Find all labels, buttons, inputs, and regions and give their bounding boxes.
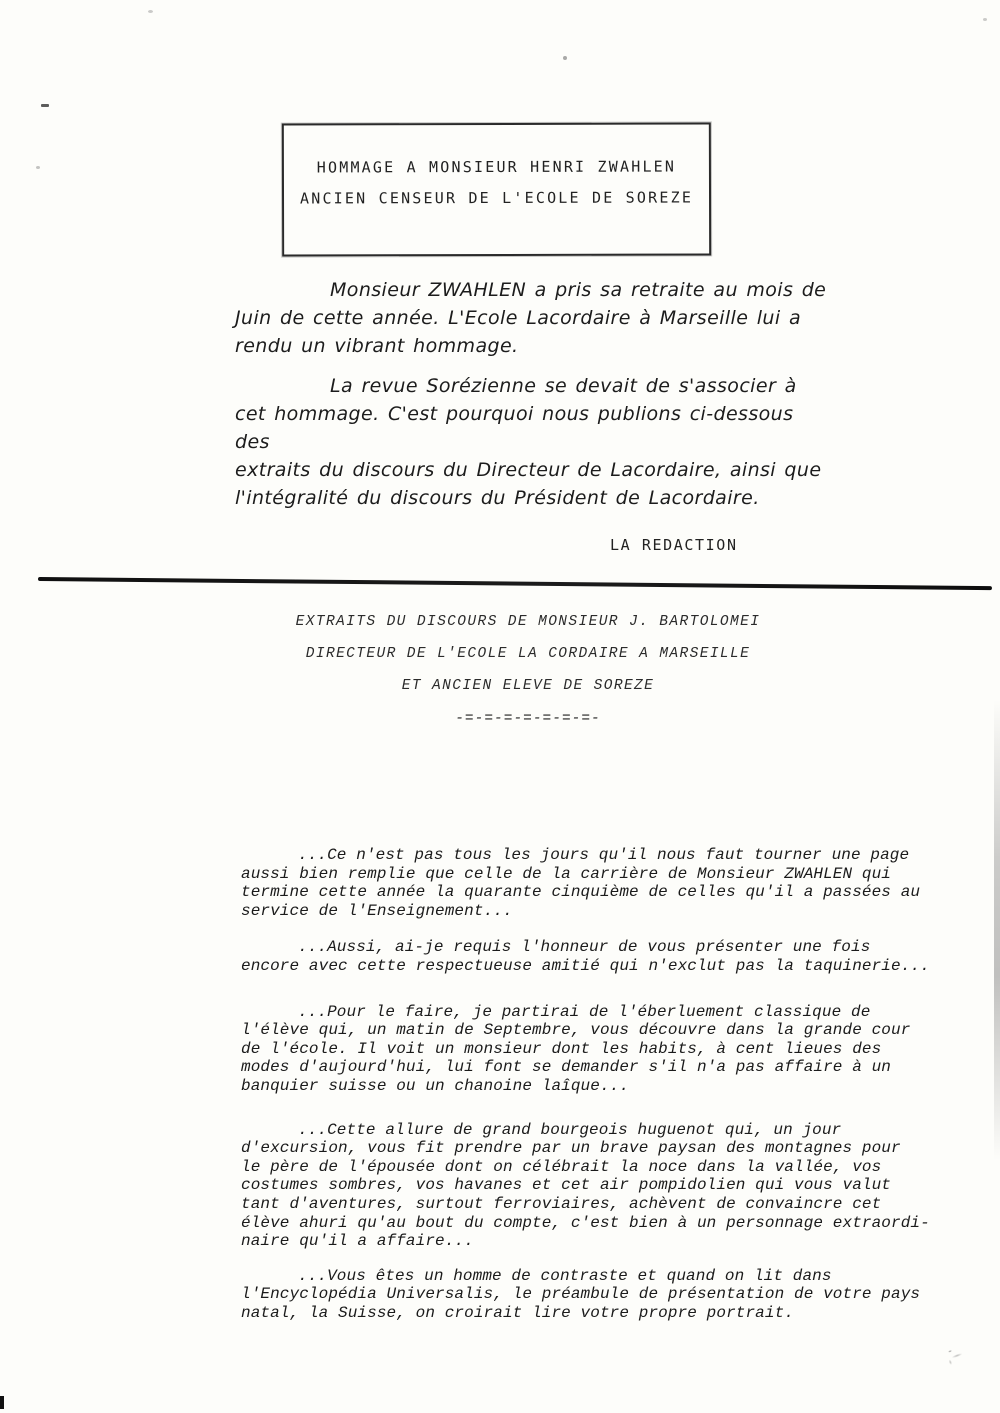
speech-body: ...Ce n'est pas tous les jours qu'il nou… xyxy=(241,846,953,1322)
speech-paragraph-2: ...Aussi, ai-je requis l'honneur de vous… xyxy=(241,938,953,975)
speech-heading-line-1: EXTRAITS DU DISCOURS DE MONSIEUR J. BART… xyxy=(0,606,1000,638)
speech-heading-line-3: ET ANCIEN ELEVE DE SOREZE xyxy=(0,670,1000,702)
scanned-document-page: HOMMAGE A MONSIEUR HENRI ZWAHLEN ANCIEN … xyxy=(0,0,1000,1413)
speech-paragraph-4: ...Cette allure de grand bourgeois hugue… xyxy=(241,1121,953,1251)
scan-speck-dash xyxy=(41,104,49,107)
speech-paragraph-1: ...Ce n'est pas tous les jours qu'il nou… xyxy=(241,846,953,920)
title-line-1: HOMMAGE A MONSIEUR HENRI ZWAHLEN xyxy=(317,158,676,177)
title-line-2: ANCIEN CENSEUR DE L'ECOLE DE SOREZE xyxy=(300,188,693,207)
speech-heading-line-2: DIRECTEUR DE L'ECOLE LA CORDAIRE A MARSE… xyxy=(0,638,1000,670)
editorial-signature: LA REDACTION xyxy=(610,536,738,554)
document-title-box: HOMMAGE A MONSIEUR HENRI ZWAHLEN ANCIEN … xyxy=(282,122,711,256)
ornamental-separator: -=-=-=-=-=-=-=- xyxy=(0,702,1000,736)
scan-edge-streak xyxy=(994,700,1000,1160)
scan-speck-2 xyxy=(148,10,153,13)
intro-paragraph-2: La revue Sorézienne se devait de s'assoc… xyxy=(235,372,835,512)
scan-speck-4 xyxy=(983,18,987,21)
speech-heading: EXTRAITS DU DISCOURS DE MONSIEUR J. BART… xyxy=(0,606,1000,736)
speech-paragraph-5: ...Vous êtes un homme de contraste et qu… xyxy=(241,1267,953,1323)
scan-corner-mark xyxy=(0,1396,4,1409)
speech-paragraph-3: ...Pour le faire, je partirai de l'éberl… xyxy=(241,1003,953,1096)
scan-speck-3 xyxy=(36,166,40,169)
scan-speck-1 xyxy=(563,56,567,60)
scan-smudge-bottom-right xyxy=(935,1337,976,1373)
section-divider-line xyxy=(38,577,992,590)
intro-paragraph-1: Monsieur ZWAHLEN a pris sa retraite au m… xyxy=(235,276,835,360)
